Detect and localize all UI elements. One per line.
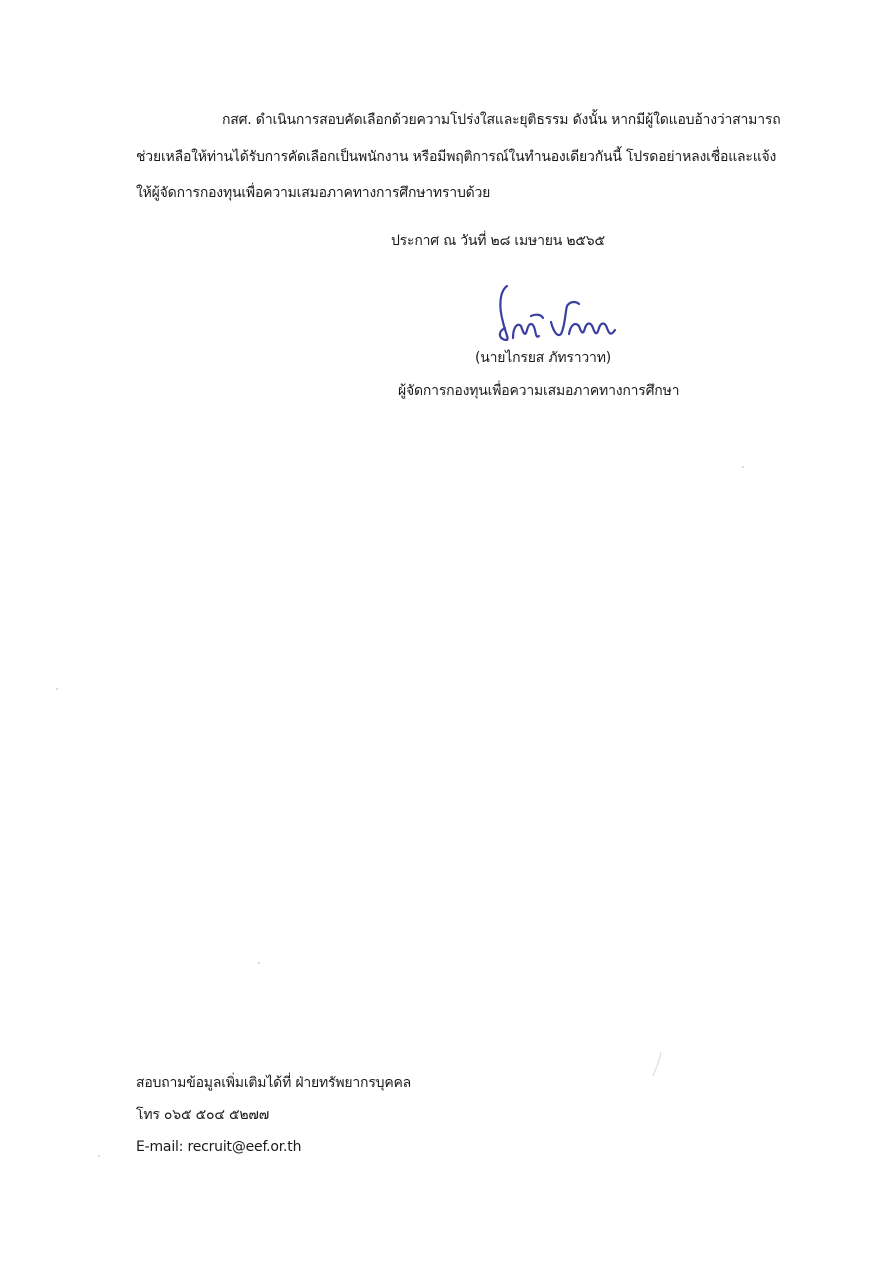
contact-phone: โทร ๐๖๕ ๕๐๔ ๕๒๗๗ bbox=[136, 1105, 269, 1125]
signatory-position: ผู้จัดการกองทุนเพื่อความเสมอภาคทางการศึก… bbox=[398, 381, 679, 401]
signatory-name: (นายไกรยส ภัทราวาท) bbox=[475, 348, 611, 368]
scan-speck bbox=[742, 466, 744, 468]
scan-speck bbox=[98, 1155, 100, 1157]
paragraph-line-1: กสศ. ดำเนินการสอบคัดเลือกด้วยความโปร่งใส… bbox=[222, 110, 780, 130]
scan-speck bbox=[258, 962, 260, 964]
announcement-date: ประกาศ ณ วันที่ ๒๘ เมษายน ๒๕๖๕ bbox=[391, 231, 605, 251]
contact-inquiry: สอบถามข้อมูลเพิ่มเติมได้ที่ ฝ่ายทรัพยากร… bbox=[136, 1073, 411, 1093]
document-page: กสศ. ดำเนินการสอบคัดเลือกด้วยความโปร่งใส… bbox=[0, 0, 893, 1263]
contact-email: E-mail: recruit@eef.or.th bbox=[136, 1137, 301, 1157]
signature-image bbox=[485, 282, 625, 344]
paragraph-line-3: ให้ผู้จัดการกองทุนเพื่อความเสมอภาคทางการ… bbox=[136, 183, 490, 203]
paragraph-line-2: ช่วยเหลือให้ท่านได้รับการคัดเลือกเป็นพนั… bbox=[136, 147, 776, 167]
scan-mark bbox=[650, 1050, 664, 1078]
scan-speck bbox=[56, 688, 58, 690]
